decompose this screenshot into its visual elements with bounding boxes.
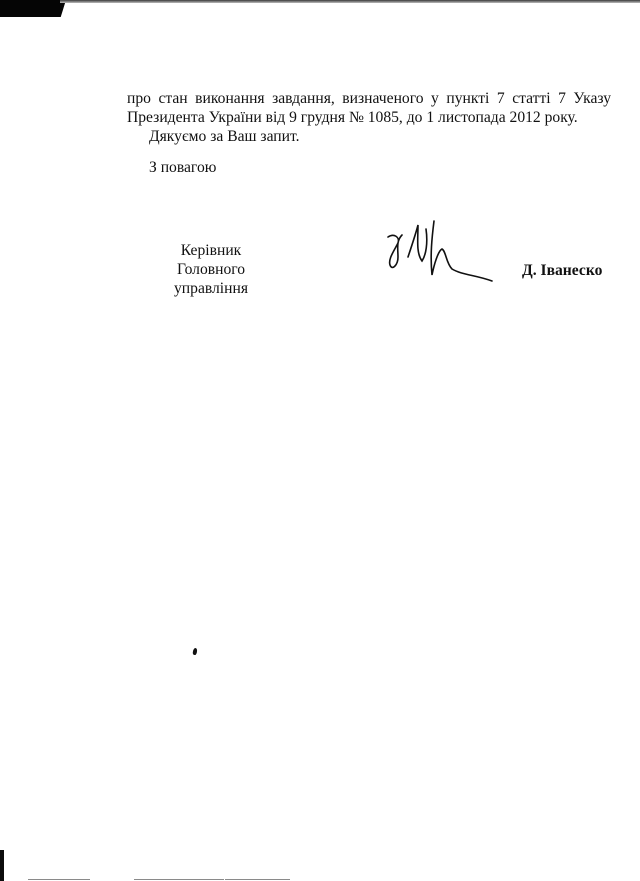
scan-artifact-bottom-line [225, 879, 290, 880]
body-paragraph: про стан виконання завдання, визначеного… [127, 89, 611, 127]
paragraph-line: Президента України від 9 грудня № 1085, … [127, 108, 611, 127]
paragraph-line: про стан виконання завдання, визначеного… [127, 89, 611, 108]
signatory-name: Д. Іванеско [522, 261, 602, 280]
signatory-position-line2: управління [152, 279, 270, 298]
signatory-position: Керівник Головного управління [152, 241, 270, 298]
thanks-line: Дякуємо за Ваш запит. [149, 127, 300, 146]
ink-mark [192, 648, 197, 656]
signatory-position-line1: Керівник Головного [152, 241, 270, 279]
handwritten-signature [380, 215, 500, 285]
closing-line: З повагою [149, 158, 216, 177]
scan-artifact-corner [0, 0, 66, 17]
scan-artifact-bottom-line [28, 879, 90, 880]
scan-artifact-bottom-line [134, 879, 224, 880]
scan-artifact-bottom-left [0, 850, 4, 881]
scan-artifact-top-edge [60, 0, 640, 3]
